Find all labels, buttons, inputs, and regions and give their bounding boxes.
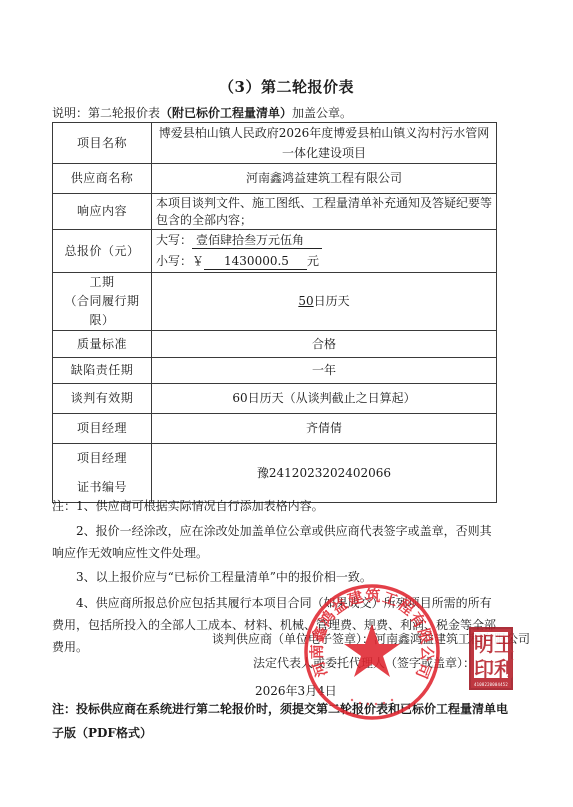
lower-amount-text: 1430000.5 [224,254,289,268]
upper-amount-text: 壹佰肆拾叁万元伍角 [196,233,304,247]
quality-value: 合格 [152,331,497,358]
label-line-1: 工期 [57,273,147,292]
table-row: 供应商名称 河南鑫鸿益建筑工程有限公司 [53,164,497,194]
note-4: 4、供应商所报总价应包括其履行本项目合同（如果成交）所列项目所需的所有费用，包括… [52,592,502,658]
table-row: 缺陷责任期 一年 [53,358,497,384]
note-2: 2、报价一经涂改，应在涂改处加盖单位公章或供应商代表签字或盖章，否则其响应作无效… [52,520,502,564]
note-1: 注：1、供应商可根据实际情况自行添加表格内容。 [52,496,502,517]
representative-signature-line: 法定代表人或委托代理人（签字或盖章）： [253,654,475,671]
table-row: 总报价（元） 大写：壹佰肆拾叁万元伍角 小写：￥1430000.5元 [53,230,497,273]
response-content-value: 本项目谈判文件、施工图纸、工程量清单补充通知及答疑纪要等包含的全部内容； [152,194,497,230]
table-row: 项目经理 齐倩倩 [53,414,497,444]
page-title: （3）第二轮报价表 [0,76,573,97]
label-line-1: 项目经理 [57,444,147,473]
intro-note: 说明：第二轮报价表（附已标价工程量清单）加盖公章。 [52,104,352,121]
currency-symbol: ￥ [192,254,204,268]
intro-prefix: 说明：第二轮报价表 [52,106,160,120]
seal-char: 利 [494,657,514,682]
project-name-value: 博爱县柏山镇人民政府2026年度博爱县柏山镇义沟村污水管网一体化建设项目 [152,123,497,164]
label-line-2: （合同履行期限） [57,292,147,330]
note-3: 3、以上报价应与“已标价工程量清单”中的报价相一致。 [52,567,502,588]
row-label: 谈判有效期 [53,384,152,414]
project-manager-value: 齐倩倩 [152,414,497,444]
row-label: 工期 （合同履行期限） [53,273,152,331]
table-row: 响应内容 本项目谈判文件、施工图纸、工程量清单补充通知及答疑纪要等包含的全部内容… [53,194,497,230]
row-label: 响应内容 [53,194,152,230]
lower-amount: 1430000.5 [204,254,307,270]
intro-bold: （附已标价工程量清单） [160,106,292,120]
table-row: 质量标准 合格 [53,331,497,358]
defect-period-value: 一年 [152,358,497,384]
intro-suffix: 加盖公章。 [292,106,352,120]
row-label: 总报价（元） [53,230,152,273]
final-note: 注：投标供应商在系统进行第二轮报价时，须提交第二轮报价表和已标价工程量清单电子版… [52,697,512,745]
row-label: 缺陷责任期 [53,358,152,384]
row-label: 项目名称 [53,123,152,164]
table-row: 项目经理 证书编号 豫2412023202402066 [53,444,497,503]
validity-value: 60日历天（从谈判截止之日算起） [152,384,497,414]
upper-amount: 壹佰肆拾叁万元伍角 [192,233,322,249]
seal-char: 印 [474,657,494,682]
row-label: 供应商名称 [53,164,152,194]
certificate-number-value: 豫2412023202402066 [152,444,497,503]
duration-unit: 日历天 [314,294,350,308]
table-row: 谈判有效期 60日历天（从谈判截止之日算起） [53,384,497,414]
row-label: 项目经理 [53,414,152,444]
price-upper-line: 大写：壹佰肆拾叁万元伍角 [156,230,492,251]
lower-unit: 元 [307,254,319,268]
quote-table: 项目名称 博爱县柏山镇人民政府2026年度博爱县柏山镇义沟村污水管网一体化建设项… [52,122,497,503]
upper-label: 大写： [156,233,192,247]
table-row: 工期 （合同履行期限） 50日历天 [53,273,497,331]
total-price-cell: 大写：壹佰肆拾叁万元伍角 小写：￥1430000.5元 [152,230,497,273]
row-label: 项目经理 证书编号 [53,444,152,503]
lower-label: 小写： [156,254,192,268]
supplier-signature-line: 谈判供应商（单位电子签章）：河南鑫鸿益建筑工程有限公司 [212,630,530,647]
price-lower-line: 小写：￥1430000.5元 [156,251,492,272]
supplier-name-value: 河南鑫鸿益建筑工程有限公司 [152,164,497,194]
row-label: 质量标准 [53,331,152,358]
seal-code: 4108220004452 [471,682,511,687]
table-row: 项目名称 博爱县柏山镇人民政府2026年度博爱县柏山镇义沟村污水管网一体化建设项… [53,123,497,164]
duration-value: 50日历天 [152,273,497,331]
duration-number: 50 [298,294,313,308]
